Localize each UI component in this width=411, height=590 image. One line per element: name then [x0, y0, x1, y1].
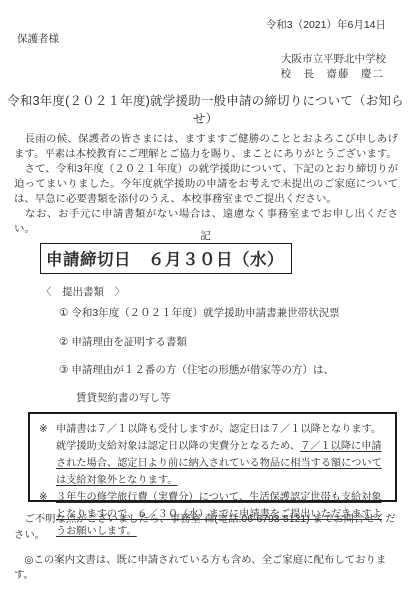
- principal-name: 校 長 齋藤 慶二: [281, 66, 385, 81]
- document-item-3: ③ 申請理由が１２番の方（住宅の形態が借家等の方）は、: [59, 362, 334, 377]
- note-item-1: ※ 申請書は７／１以降も受付しますが、認定日は７／１以降となります。就学援助支給…: [39, 421, 388, 489]
- note-1-text: 申請書は７／１以降も受付しますが、認定日は７／１以降となります。就学援助支給対象…: [56, 421, 388, 489]
- recipient: 保護者様: [17, 31, 59, 46]
- notes-box: ※ 申請書は７／１以降も受付しますが、認定日は７／１以降となります。就学援助支給…: [28, 412, 397, 502]
- issue-date: 令和3（2021）年6月14日: [266, 17, 386, 32]
- ki-marker: 記: [0, 228, 411, 243]
- note-marker: ※: [39, 421, 56, 489]
- document-item-3-continuation: 賃貸契約書の写し等: [76, 390, 171, 405]
- document-title: 令和3年度(２０２１年度)就学援助一般申請の締切りについて（お知らせ）: [0, 91, 411, 127]
- document-item-1: ① 令和3年度（２０２１年度）就学援助申請書兼世帯状況票: [59, 305, 340, 320]
- body-paragraphs: 長雨の候、保護者の皆さまには、ますますご健勝のこととおよろこび申しあげます。平素…: [14, 132, 398, 237]
- document-item-2: ② 申請理由を証明する書類: [59, 334, 187, 349]
- distribution-note: ◎この案内文書は、既に申請されている方も含め、全ご家庭に配布しております。: [14, 551, 398, 581]
- greeting-paragraph: 長雨の候、保護者の皆さまには、ますますご健勝のこととおよろこび申しあげます。平素…: [14, 134, 398, 160]
- notice-document: 令和3（2021）年6月14日 保護者様 大阪市立平野北中学校 校 長 齋藤 慶…: [0, 0, 411, 590]
- note-1-line-1: 申請書は７／１以降も受付しますが、認定日は７／１以降となります。: [56, 424, 381, 435]
- note-1-plain: 就学援助支給対象は認定日以降の実費分となるため、: [56, 441, 300, 452]
- deadline-box: 申請締切日 ６月３０日（水）: [40, 243, 292, 274]
- school-name: 大阪市立平野北中学校: [281, 51, 386, 66]
- deadline-paragraph: さて、令和3年度（２０２１年度）の就学援助について、下記のとおり締切りが迫ってま…: [14, 164, 398, 205]
- contact-line: ご不明な点がございましたら、事務室 森(電話:06-6793-5121) までお…: [14, 512, 398, 544]
- documents-heading: 〈 提出書類 〉: [41, 284, 125, 299]
